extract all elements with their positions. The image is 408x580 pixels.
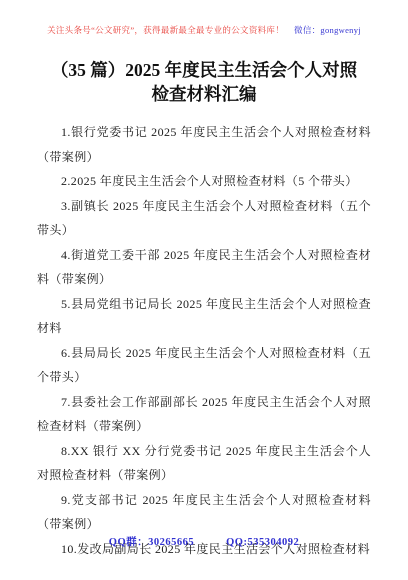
footer-contact: QQ群：30265665QQ:535304092: [0, 534, 408, 549]
header-promo: 关注头条号“公文研究”，获得最新最全最专业的公文资料库！微信：gongwenyj: [37, 24, 371, 36]
toc-item-1: 1.银行党委书记 2025 年度民主生活会个人对照检查材料（带案例）: [37, 120, 371, 169]
toc-item-9: 9.党支部书记 2025 年度民主生活会个人对照检查材料（带案例）: [37, 488, 371, 537]
promo-red-text: 关注头条号“公文研究”，获得最新最全最专业的公文资料库！: [47, 25, 284, 35]
qq-number: QQ:535304092: [226, 537, 299, 548]
toc-item-6: 6.县局局长 2025 年度民主生活会个人对照检查材料（五个带头）: [37, 341, 371, 390]
toc-item-7: 7.县委社会工作部副部长 2025 年度民主生活会个人对照检查材料（带案例）: [37, 390, 371, 439]
toc-item-8: 8.XX 银行 XX 分行党委书记 2025 年度民主生活会个人对照检查材料（带…: [37, 439, 371, 488]
page-title: （35 篇）2025 年度民主生活会个人对照 检查材料汇编: [45, 58, 363, 106]
toc-item-2: 2.2025 年度民主生活会个人对照检查材料（5 个带头）: [37, 169, 371, 194]
toc-item-3: 3.副镇长 2025 年度民主生活会个人对照检查材料（五个带头）: [37, 194, 371, 243]
page-title-line2: 检查材料汇编: [152, 84, 257, 104]
qq-group-number: QQ群：30265665: [109, 537, 194, 548]
toc-list: 1.银行党委书记 2025 年度民主生活会个人对照检查材料（带案例） 2.202…: [37, 120, 371, 561]
document-page: 关注头条号“公文研究”，获得最新最全最专业的公文资料库！微信：gongwenyj…: [0, 0, 408, 580]
promo-wechat-text: 微信：gongwenyj: [294, 25, 361, 35]
page-title-line1: （35 篇）2025 年度民主生活会个人对照: [51, 60, 357, 80]
toc-item-4: 4.街道党工委干部 2025 年度民主生活会个人对照检查材料（带案例）: [37, 243, 371, 292]
toc-item-5: 5.县局党组书记局长 2025 年度民主生活会个人对照检查材料: [37, 292, 371, 341]
